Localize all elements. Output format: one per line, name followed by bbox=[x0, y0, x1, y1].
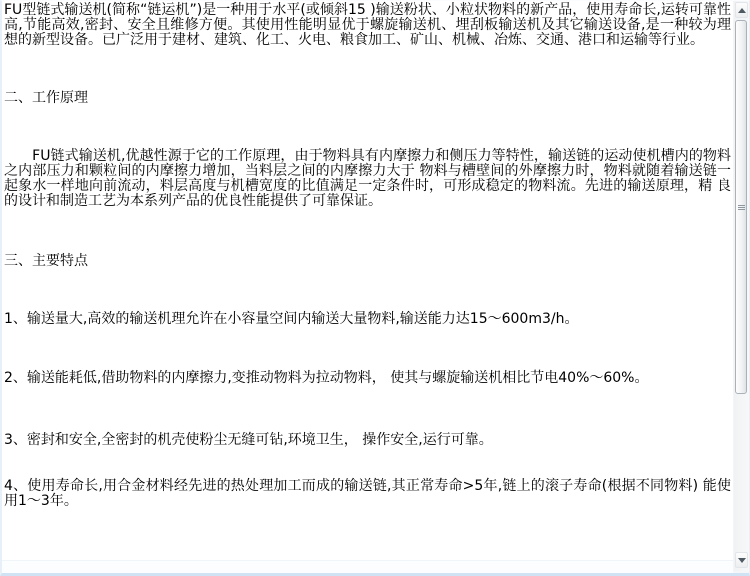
horizontal-scrollbar[interactable] bbox=[2, 560, 733, 573]
scrollbar-corner bbox=[733, 571, 749, 573]
section-heading-main-features: 三、主要特点 bbox=[4, 254, 731, 269]
scroll-up-button[interactable] bbox=[735, 2, 748, 18]
working-principle-paragraph: FU链式输送机,优越性源于它的工作原理，由于物料具有内摩擦力和侧压力等特性，输送… bbox=[4, 149, 731, 209]
scroll-down-button[interactable] bbox=[735, 552, 748, 568]
scroll-down-icon bbox=[738, 558, 746, 563]
vertical-scrollbar-thumb[interactable] bbox=[735, 20, 747, 394]
feature-item-2: 2、输送能耗低,借助物料的内摩擦力,变推动物料为拉动物料， 使其与螺旋输送机相比… bbox=[4, 371, 731, 386]
feature-item-1: 1、输送量大,高效的输送机理允许在小容量空间内输送大量物料,输送能力达15～60… bbox=[4, 312, 731, 327]
section-heading-working-principle: 二、工作原理 bbox=[4, 91, 731, 106]
document-viewer: FU型链式输送机(简称“链运机”)是一种用于水平(或倾斜15 )输送粉状、小粒状… bbox=[0, 0, 750, 576]
document-content: FU型链式输送机(简称“链运机”)是一种用于水平(或倾斜15 )输送粉状、小粒状… bbox=[2, 1, 733, 559]
intro-paragraph: FU型链式输送机(简称“链运机”)是一种用于水平(或倾斜15 )输送粉状、小粒状… bbox=[4, 3, 731, 48]
feature-item-4: 4、使用寿命长,用合金材料经先进的热处理加工而成的输送链,其正常寿命>5年,链上… bbox=[4, 479, 731, 509]
vertical-scrollbar[interactable] bbox=[733, 1, 749, 571]
scrollbar-grip-icon bbox=[738, 205, 745, 210]
scroll-up-icon bbox=[738, 8, 746, 13]
feature-item-3: 3、密封和安全,全密封的机壳使粉尘无缝可钻,环境卫生， 操作安全,运行可靠。 bbox=[4, 433, 731, 448]
